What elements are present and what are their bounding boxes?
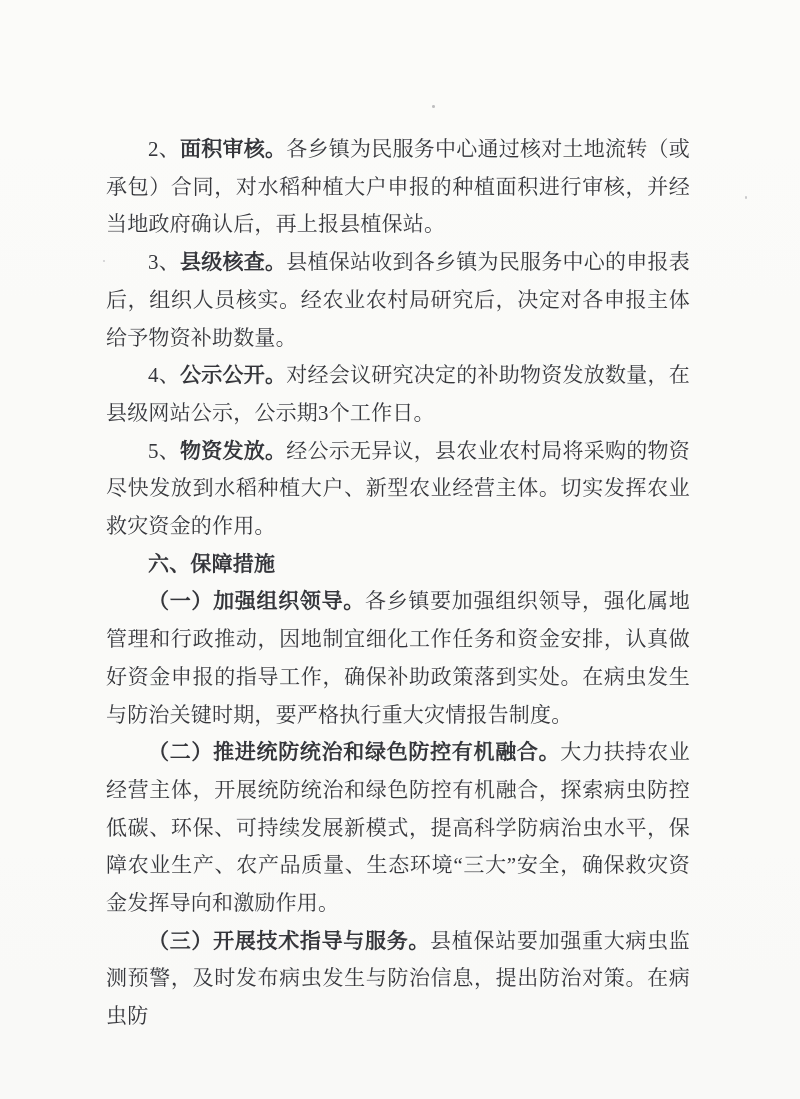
item-lead: 物资发放。 (180, 440, 286, 463)
item-lead: （三）开展技术指导与服务。 (148, 930, 430, 953)
item-lead: （一）加强组织领导。 (148, 590, 365, 613)
section-heading-safeguard-measures: 六、保障措施 (106, 546, 690, 584)
paragraph-county-verification: 3、县级核查。县植保站收到各乡镇为民服务中心的申报表后，组织人员核实。经农业农村… (106, 244, 690, 357)
item-body: 大力扶持农业经营主体，开展统防统治和绿色防控有机融合，探索病虫防控低碳、环保、可… (106, 740, 690, 915)
paragraph-public-notice: 4、公示公开。对经会议研究决定的补助物资发放数量，在县级网站公示，公示期3个工作… (106, 357, 690, 432)
paragraph-material-distribution: 5、物资发放。经公示无异议，县农业农村局将采购的物资尽快发放到水稻种植大户、新型… (106, 433, 690, 546)
paragraph-area-review: 2、面积审核。各乡镇为民服务中心通过核对土地流转（或承包）合同，对水稻种植大户申… (106, 131, 690, 244)
item-lead: （二）推进统防统治和绿色防控有机融合。 (148, 741, 560, 764)
scan-speck (745, 196, 747, 199)
document-body: 2、面积审核。各乡镇为民服务中心通过核对土地流转（或承包）合同，对水稻种植大户申… (106, 131, 690, 1036)
item-lead: 面积审核。 (180, 138, 286, 161)
paragraph-strengthen-leadership: （一）加强组织领导。各乡镇要加强组织领导，强化属地管理和行政推动，因地制宜细化工… (106, 583, 690, 734)
item-lead: 公示公开。 (180, 364, 286, 387)
item-number: 5、 (148, 439, 180, 463)
item-number: 4、 (148, 363, 180, 387)
scan-speck (103, 260, 105, 262)
paragraph-technical-guidance: （三）开展技术指导与服务。县植保站要加强重大病虫监测预警，及时发布病虫发生与防治… (106, 923, 690, 1036)
item-number: 3、 (148, 250, 180, 274)
scanned-document-page: 2、面积审核。各乡镇为民服务中心通过核对土地流转（或承包）合同，对水稻种植大户申… (0, 0, 800, 1099)
paragraph-green-control-integration: （二）推进统防统治和绿色防控有机融合。大力扶持农业经营主体，开展统防统治和绿色防… (106, 734, 690, 923)
item-number: 2、 (148, 137, 180, 161)
item-lead: 县级核查。 (180, 251, 286, 274)
scan-speck (432, 105, 435, 108)
